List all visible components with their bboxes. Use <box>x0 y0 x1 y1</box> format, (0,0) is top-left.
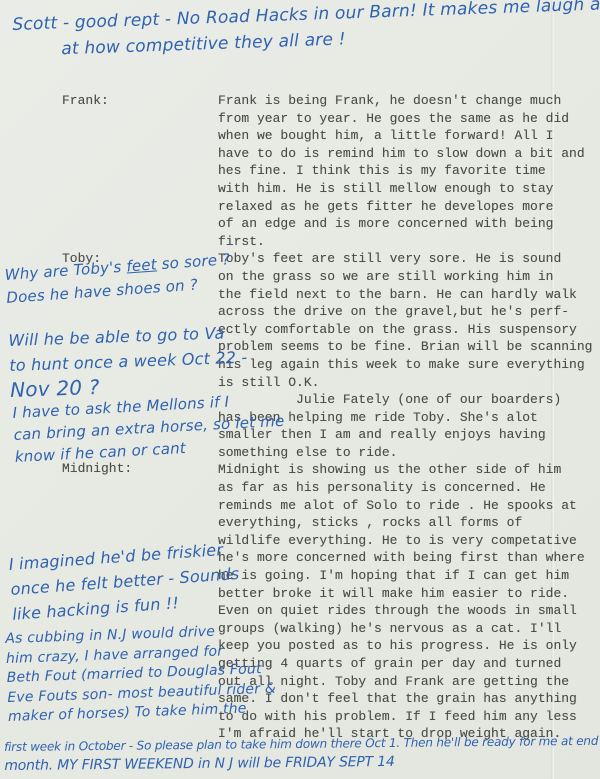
handwritten-note-toby-feet: Why are Toby's feet so sore ? Does he ha… <box>4 248 233 310</box>
handwritten-note-top: Scott - good rept - No Road Hacks in our… <box>12 0 600 64</box>
handwritten-note-bottom: first week in October - So please plan t… <box>4 732 600 776</box>
typed-label-frank: Frank: <box>62 92 109 110</box>
handwritten-note-cubbing: As cubbing in N.J would drive him crazy,… <box>5 621 277 728</box>
letter-page: Scott - good rept - No Road Hacks in our… <box>0 0 600 779</box>
handwritten-text: so sore ? <box>156 250 231 273</box>
handwritten-underlined-word: feet <box>126 255 158 275</box>
handwritten-note-friskier: I imagined he'd be friskier once he felt… <box>8 536 242 627</box>
